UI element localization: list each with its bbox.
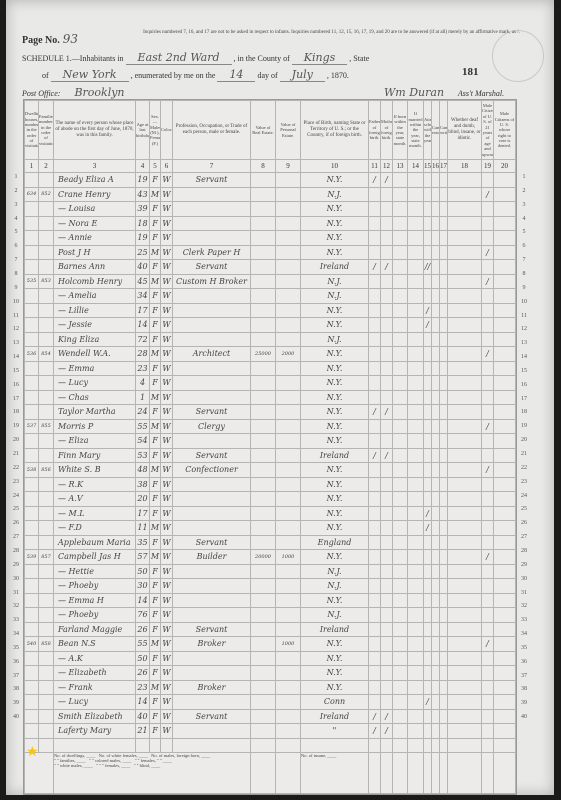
vote-denied <box>494 289 516 304</box>
male-citizen <box>482 303 494 318</box>
color: W <box>161 405 173 420</box>
line-number: 10 <box>11 299 21 305</box>
color: W <box>161 492 173 507</box>
father-foreign <box>369 318 381 333</box>
age: 40 <box>136 709 150 724</box>
father-foreign <box>369 680 381 695</box>
line-number: 17 <box>11 396 21 402</box>
male-citizen <box>482 608 494 623</box>
table-row: Smith Elizabeth40FWServantIreland// <box>25 709 516 724</box>
marriage-month <box>408 506 424 521</box>
person-name: Crane Henry <box>54 187 136 202</box>
occupation <box>173 202 251 217</box>
mother-foreign <box>381 187 393 202</box>
age: 14 <box>136 318 150 333</box>
line-number: 9 <box>11 285 21 291</box>
birth-month <box>393 216 408 231</box>
cannot-write <box>440 651 448 666</box>
attended-school <box>424 216 432 231</box>
line-number: 39 <box>519 700 529 706</box>
male-citizen: / <box>482 187 494 202</box>
birth-month <box>393 274 408 289</box>
cannot-write <box>440 318 448 333</box>
real-estate-value <box>251 187 276 202</box>
real-estate-value <box>251 637 276 652</box>
marriage-month <box>408 245 424 260</box>
insane-count: No. of insane, ____ <box>301 753 369 794</box>
dwelling-number: 535 <box>25 274 39 289</box>
vote-denied <box>494 695 516 710</box>
mother-foreign: / <box>381 173 393 188</box>
star-marker-icon: ★ <box>26 744 39 761</box>
cannot-read <box>432 680 440 695</box>
color: W <box>161 347 173 362</box>
real-estate-value <box>251 666 276 681</box>
col-header: Male Citizens of U. S. of 21 years of ag… <box>482 101 494 160</box>
line-number: 7 <box>519 257 529 263</box>
disability <box>448 564 482 579</box>
birth-month <box>393 434 408 449</box>
table-row: Post J H25MWClerk Paper HN.Y./ <box>25 245 516 260</box>
person-name: Smith Elizabeth <box>54 709 136 724</box>
male-citizen <box>482 216 494 231</box>
age: 35 <box>136 535 150 550</box>
cannot-write <box>440 724 448 739</box>
vote-denied <box>494 608 516 623</box>
table-row: 634852Crane Henry43MWN.J./ <box>25 187 516 202</box>
birthplace: N.Y. <box>301 231 369 246</box>
vote-denied <box>494 622 516 637</box>
person-name <box>54 738 136 753</box>
disability <box>448 361 482 376</box>
line-number: 21 <box>11 451 21 457</box>
occupation: Servant <box>173 405 251 420</box>
personal-estate-value <box>276 332 301 347</box>
mother-foreign <box>381 521 393 536</box>
cannot-read <box>432 231 440 246</box>
personal-estate-value <box>276 405 301 420</box>
father-foreign <box>369 463 381 478</box>
person-name: Post J H <box>54 245 136 260</box>
birth-month <box>393 535 408 550</box>
attended-school <box>424 550 432 565</box>
birthplace: England <box>301 535 369 550</box>
post-office: Brooklyn <box>62 86 176 100</box>
age: 20 <box>136 492 150 507</box>
attended-school <box>424 738 432 753</box>
post-office-line: Post Office: Brooklyn <box>22 86 176 100</box>
father-foreign <box>369 608 381 623</box>
cannot-read <box>432 318 440 333</box>
table-row: 538856White S. B48MWConfectionerN.Y./ <box>25 463 516 478</box>
attended-school <box>424 405 432 420</box>
marriage-month <box>408 608 424 623</box>
father-foreign <box>369 390 381 405</box>
real-estate-value: 25000 <box>251 347 276 362</box>
color: W <box>161 202 173 217</box>
attended-school <box>424 419 432 434</box>
personal-estate-value <box>276 173 301 188</box>
line-number: 35 <box>11 645 21 651</box>
male-citizen <box>482 434 494 449</box>
attended-school <box>424 666 432 681</box>
dwelling-number <box>25 448 39 463</box>
occupation <box>173 231 251 246</box>
enumeration-line: of New York , enumerated by me on the 14… <box>42 68 349 82</box>
family-number <box>39 651 54 666</box>
real-estate-value <box>251 448 276 463</box>
vote-denied <box>494 564 516 579</box>
mother-foreign <box>381 202 393 217</box>
line-number: 40 <box>11 714 21 720</box>
disability <box>448 173 482 188</box>
line-number: 33 <box>11 617 21 623</box>
family-number <box>39 390 54 405</box>
cannot-read <box>432 506 440 521</box>
age: 55 <box>136 419 150 434</box>
dwelling-number <box>25 608 39 623</box>
disability <box>448 347 482 362</box>
personal-estate-value <box>276 303 301 318</box>
birth-month <box>393 202 408 217</box>
disability <box>448 405 482 420</box>
line-number: 16 <box>11 382 21 388</box>
marriage-month <box>408 303 424 318</box>
birthplace: N.J. <box>301 274 369 289</box>
vote-denied <box>494 492 516 507</box>
cannot-write <box>440 709 448 724</box>
attended-school <box>424 724 432 739</box>
color: W <box>161 550 173 565</box>
family-number <box>39 245 54 260</box>
marriage-month <box>408 390 424 405</box>
dwelling-number <box>25 173 39 188</box>
table-row: — Phoeby30FWN.J. <box>25 579 516 594</box>
personal-estate-value <box>276 666 301 681</box>
birthplace: N.Y. <box>301 405 369 420</box>
male-citizen <box>482 260 494 275</box>
male-citizen <box>482 579 494 594</box>
marriage-month <box>408 216 424 231</box>
male-citizen <box>482 477 494 492</box>
col-header: Whether deaf and dumb, blind, insane, or… <box>448 101 482 160</box>
birthplace: N.J. <box>301 579 369 594</box>
stamp <box>492 30 544 82</box>
color: W <box>161 289 173 304</box>
col-header: If born within the year, state month. <box>393 101 408 160</box>
cannot-write <box>440 738 448 753</box>
marriage-month <box>408 347 424 362</box>
table-row: — Lucy14FWConn/ <box>25 695 516 710</box>
cannot-write <box>440 419 448 434</box>
cannot-read <box>432 260 440 275</box>
cannot-read <box>432 361 440 376</box>
family-number <box>39 709 54 724</box>
sex: F <box>150 651 161 666</box>
attended-school <box>424 187 432 202</box>
marshal: Wm Duran Ass't Marshal. <box>372 86 504 100</box>
birth-month <box>393 651 408 666</box>
personal-estate-value <box>276 724 301 739</box>
personal-estate-value <box>276 477 301 492</box>
birthplace <box>301 738 369 753</box>
occupation: Clerk Paper H <box>173 245 251 260</box>
col-num: 3 <box>54 160 136 173</box>
line-number: 37 <box>11 673 21 679</box>
family-number: 854 <box>39 347 54 362</box>
mother-foreign: / <box>381 260 393 275</box>
family-number <box>39 405 54 420</box>
birthplace: N.Y. <box>301 173 369 188</box>
birthplace: N.Y. <box>301 419 369 434</box>
table-row: — Nora E18FWN.Y. <box>25 216 516 231</box>
col-num: 8 <box>251 160 276 173</box>
cannot-write <box>440 202 448 217</box>
mother-foreign <box>381 216 393 231</box>
col-num: 14 <box>408 160 424 173</box>
family-number <box>39 448 54 463</box>
age: 50 <box>136 651 150 666</box>
male-citizen <box>482 173 494 188</box>
age: 24 <box>136 405 150 420</box>
page-header: Page No.93 Inquiries numbered 7, 16, and… <box>22 6 542 98</box>
occupation <box>173 332 251 347</box>
person-name: — Lucy <box>54 376 136 391</box>
cannot-read <box>432 448 440 463</box>
personal-estate-value <box>276 376 301 391</box>
disability <box>448 738 482 753</box>
dwelling-number: 536 <box>25 347 39 362</box>
dwelling-number <box>25 202 39 217</box>
vote-denied <box>494 419 516 434</box>
table-row: — Emma23FWN.Y. <box>25 361 516 376</box>
personal-estate-value <box>276 318 301 333</box>
color: W <box>161 651 173 666</box>
marriage-month <box>408 492 424 507</box>
sex <box>150 738 161 753</box>
mother-foreign <box>381 318 393 333</box>
table-row: — Eliza54FWN.Y. <box>25 434 516 449</box>
table-row: Laferty Mary21FW"// <box>25 724 516 739</box>
line-number: 29 <box>11 562 21 568</box>
line-number: 26 <box>11 520 21 526</box>
mother-foreign <box>381 390 393 405</box>
dwelling-number <box>25 260 39 275</box>
mother-foreign <box>381 666 393 681</box>
table-row: 536854Wendell W.A.28MWArchitect250002000… <box>25 347 516 362</box>
mother-foreign <box>381 434 393 449</box>
disability <box>448 419 482 434</box>
person-name: Beady Eliza A <box>54 173 136 188</box>
occupation <box>173 579 251 594</box>
age: 1 <box>136 390 150 405</box>
sheet-number: 181 <box>462 66 479 78</box>
personal-estate-value <box>276 564 301 579</box>
father-foreign: / <box>369 724 381 739</box>
marriage-month <box>408 535 424 550</box>
family-number: 857 <box>39 550 54 565</box>
dwelling-number <box>25 564 39 579</box>
attended-school <box>424 535 432 550</box>
disability <box>448 187 482 202</box>
person-name: — A.V <box>54 492 136 507</box>
census-table: Dwelling-houses, numbered in the order o… <box>23 99 517 795</box>
family-number <box>39 173 54 188</box>
personal-estate-value <box>276 187 301 202</box>
real-estate-value <box>251 173 276 188</box>
person-name: — M.L <box>54 506 136 521</box>
cannot-read <box>432 289 440 304</box>
personal-estate-value: 1000 <box>276 550 301 565</box>
male-citizen <box>482 289 494 304</box>
birthplace: N.Y. <box>301 550 369 565</box>
line-number: 2 <box>11 188 21 194</box>
person-name: Taylor Martha <box>54 405 136 420</box>
census-rows: Beady Eliza A19FWServantN.Y.//634852Cran… <box>25 173 516 753</box>
color: W <box>161 724 173 739</box>
disability <box>448 231 482 246</box>
attended-school <box>424 651 432 666</box>
person-name: Morris P <box>54 419 136 434</box>
age: 48 <box>136 463 150 478</box>
age: 4 <box>136 376 150 391</box>
color: W <box>161 477 173 492</box>
dwelling-number <box>25 405 39 420</box>
age: 18 <box>136 216 150 231</box>
personal-estate-value <box>276 245 301 260</box>
line-number: 31 <box>519 590 529 596</box>
male-citizen <box>482 231 494 246</box>
real-estate-value <box>251 318 276 333</box>
sex: F <box>150 593 161 608</box>
col-header: Cannot write. <box>440 101 448 160</box>
birthplace: Conn <box>301 695 369 710</box>
cannot-read <box>432 622 440 637</box>
line-number: 15 <box>519 368 529 374</box>
attended-school <box>424 477 432 492</box>
color: W <box>161 695 173 710</box>
cannot-read <box>432 477 440 492</box>
personal-estate-value <box>276 579 301 594</box>
color: W <box>161 579 173 594</box>
table-row: — Frank23MWBrokerN.Y. <box>25 680 516 695</box>
attended-school <box>424 492 432 507</box>
mother-foreign <box>381 738 393 753</box>
line-number: 5 <box>519 229 529 235</box>
real-estate-value <box>251 506 276 521</box>
color: W <box>161 332 173 347</box>
personal-estate-value <box>276 463 301 478</box>
personal-estate-value <box>276 521 301 536</box>
family-number <box>39 506 54 521</box>
mother-foreign <box>381 535 393 550</box>
line-number: 22 <box>11 465 21 471</box>
cannot-write <box>440 492 448 507</box>
col-header: Families, numbered in the order of visit… <box>39 101 54 160</box>
attended-school <box>424 680 432 695</box>
occupation: Servant <box>173 173 251 188</box>
col-header: Attended school within the year. <box>424 101 432 160</box>
cannot-read <box>432 738 440 753</box>
line-number: 8 <box>519 271 529 277</box>
attended-school <box>424 289 432 304</box>
occupation <box>173 318 251 333</box>
mother-foreign <box>381 332 393 347</box>
cannot-write <box>440 173 448 188</box>
personal-estate-value: 2000 <box>276 347 301 362</box>
occupation <box>173 477 251 492</box>
birth-month <box>393 680 408 695</box>
line-number: 13 <box>11 340 21 346</box>
birthplace: N.Y. <box>301 521 369 536</box>
personal-estate-value <box>276 738 301 753</box>
father-foreign <box>369 738 381 753</box>
attended-school <box>424 332 432 347</box>
color: W <box>161 463 173 478</box>
real-estate-value <box>251 593 276 608</box>
birthplace: N.Y. <box>301 434 369 449</box>
personal-estate-value: 1000 <box>276 637 301 652</box>
family-number <box>39 492 54 507</box>
mother-foreign: / <box>381 709 393 724</box>
summary-row: No. of dwellings, ____ No. of white fema… <box>25 753 516 794</box>
male-citizen: / <box>482 245 494 260</box>
birth-month <box>393 187 408 202</box>
line-number: 26 <box>519 520 529 526</box>
table-row <box>25 738 516 753</box>
person-name: — Elizabeth <box>54 666 136 681</box>
line-number: 29 <box>519 562 529 568</box>
marriage-month <box>408 448 424 463</box>
real-estate-value <box>251 608 276 623</box>
mother-foreign <box>381 289 393 304</box>
mother-foreign <box>381 477 393 492</box>
color: W <box>161 303 173 318</box>
vote-denied <box>494 405 516 420</box>
family-number <box>39 608 54 623</box>
cannot-read <box>432 347 440 362</box>
line-number: 36 <box>519 659 529 665</box>
family-number <box>39 535 54 550</box>
birthplace: N.Y. <box>301 680 369 695</box>
occupation: Servant <box>173 622 251 637</box>
marriage-month <box>408 202 424 217</box>
male-citizen <box>482 506 494 521</box>
male-citizen <box>482 376 494 391</box>
male-citizen <box>482 593 494 608</box>
cannot-write <box>440 390 448 405</box>
person-name: Barnes Ann <box>54 260 136 275</box>
col-header: If married within the year, state month. <box>408 101 424 160</box>
dwelling-number <box>25 521 39 536</box>
real-estate-value <box>251 390 276 405</box>
occupation <box>173 376 251 391</box>
cannot-write <box>440 332 448 347</box>
line-number: 35 <box>519 645 529 651</box>
sex: F <box>150 709 161 724</box>
col-num: 6 <box>161 160 173 173</box>
father-foreign <box>369 216 381 231</box>
dwelling-number <box>25 245 39 260</box>
male-citizen <box>482 535 494 550</box>
disability <box>448 637 482 652</box>
attended-school <box>424 579 432 594</box>
col-num: 12 <box>381 160 393 173</box>
male-citizen <box>482 666 494 681</box>
age: 19 <box>136 231 150 246</box>
color: W <box>161 231 173 246</box>
family-number: 856 <box>39 463 54 478</box>
